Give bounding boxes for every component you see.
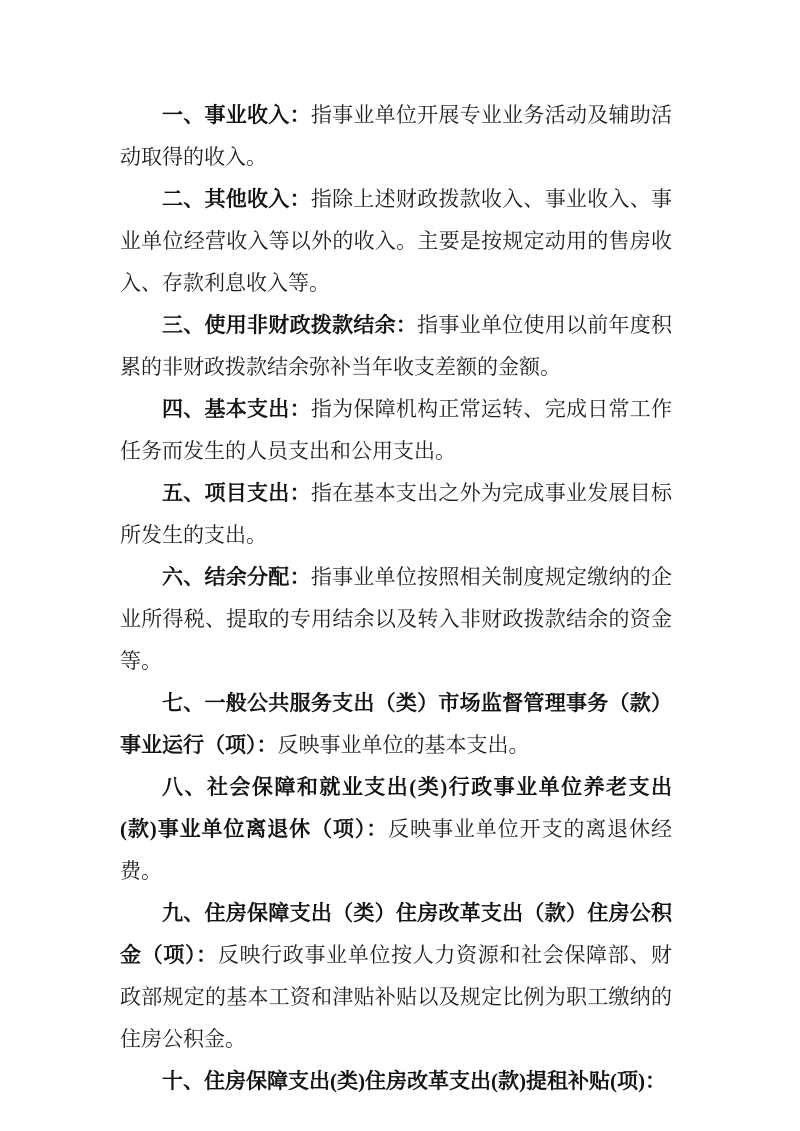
term-label: 五、项目支出： — [162, 481, 311, 505]
definition-paragraph: 十、住房保障支出(类)住房改革支出(款)提租补贴(项)： — [120, 1060, 672, 1102]
term-definition: 反映事业单位的基本支出。 — [278, 733, 530, 757]
term-label: 二、其他收入： — [162, 187, 311, 211]
definition-paragraph: 五、项目支出：指在基本支出之外为完成事业发展目标所发生的支出。 — [120, 472, 672, 556]
definition-paragraph: 九、住房保障支出（类）住房改革支出（款）住房公积金（项）：反映行政事业单位按人力… — [120, 892, 672, 1060]
definition-paragraph: 三、使用非财政拨款结余：指事业单位使用以前年度积累的非财政拨款结余弥补当年收支差… — [120, 304, 672, 388]
term-label: 三、使用非财政拨款结余： — [162, 313, 417, 337]
definition-paragraph: 一、事业收入：指事业单位开展专业业务活动及辅助活动取得的收入。 — [120, 94, 672, 178]
definition-paragraph: 八、社会保障和就业支出(类)行政事业单位养老支出(款)事业单位离退休（项）：反映… — [120, 766, 672, 892]
document-page: 一、事业收入：指事业单位开展专业业务活动及辅助活动取得的收入。 二、其他收入：指… — [0, 0, 800, 1131]
term-label: 十、住房保障支出(类)住房改革支出(款)提租补贴(项)： — [162, 1069, 666, 1093]
term-label: 六、结余分配： — [162, 565, 311, 589]
term-label: 一、事业收入： — [162, 103, 311, 127]
definition-paragraph: 七、一般公共服务支出（类）市场监督管理事务（款）事业运行（项）：反映事业单位的基… — [120, 682, 672, 766]
definition-paragraph: 六、结余分配：指事业单位按照相关制度规定缴纳的企业所得税、提取的专用结余以及转入… — [120, 556, 672, 682]
term-label: 四、基本支出： — [162, 397, 311, 421]
definition-paragraph: 四、基本支出：指为保障机构正常运转、完成日常工作任务而发生的人员支出和公用支出。 — [120, 388, 672, 472]
document-body: 一、事业收入：指事业单位开展专业业务活动及辅助活动取得的收入。 二、其他收入：指… — [120, 94, 672, 1102]
definition-paragraph: 二、其他收入：指除上述财政拨款收入、事业收入、事业单位经营收入等以外的收入。主要… — [120, 178, 672, 304]
